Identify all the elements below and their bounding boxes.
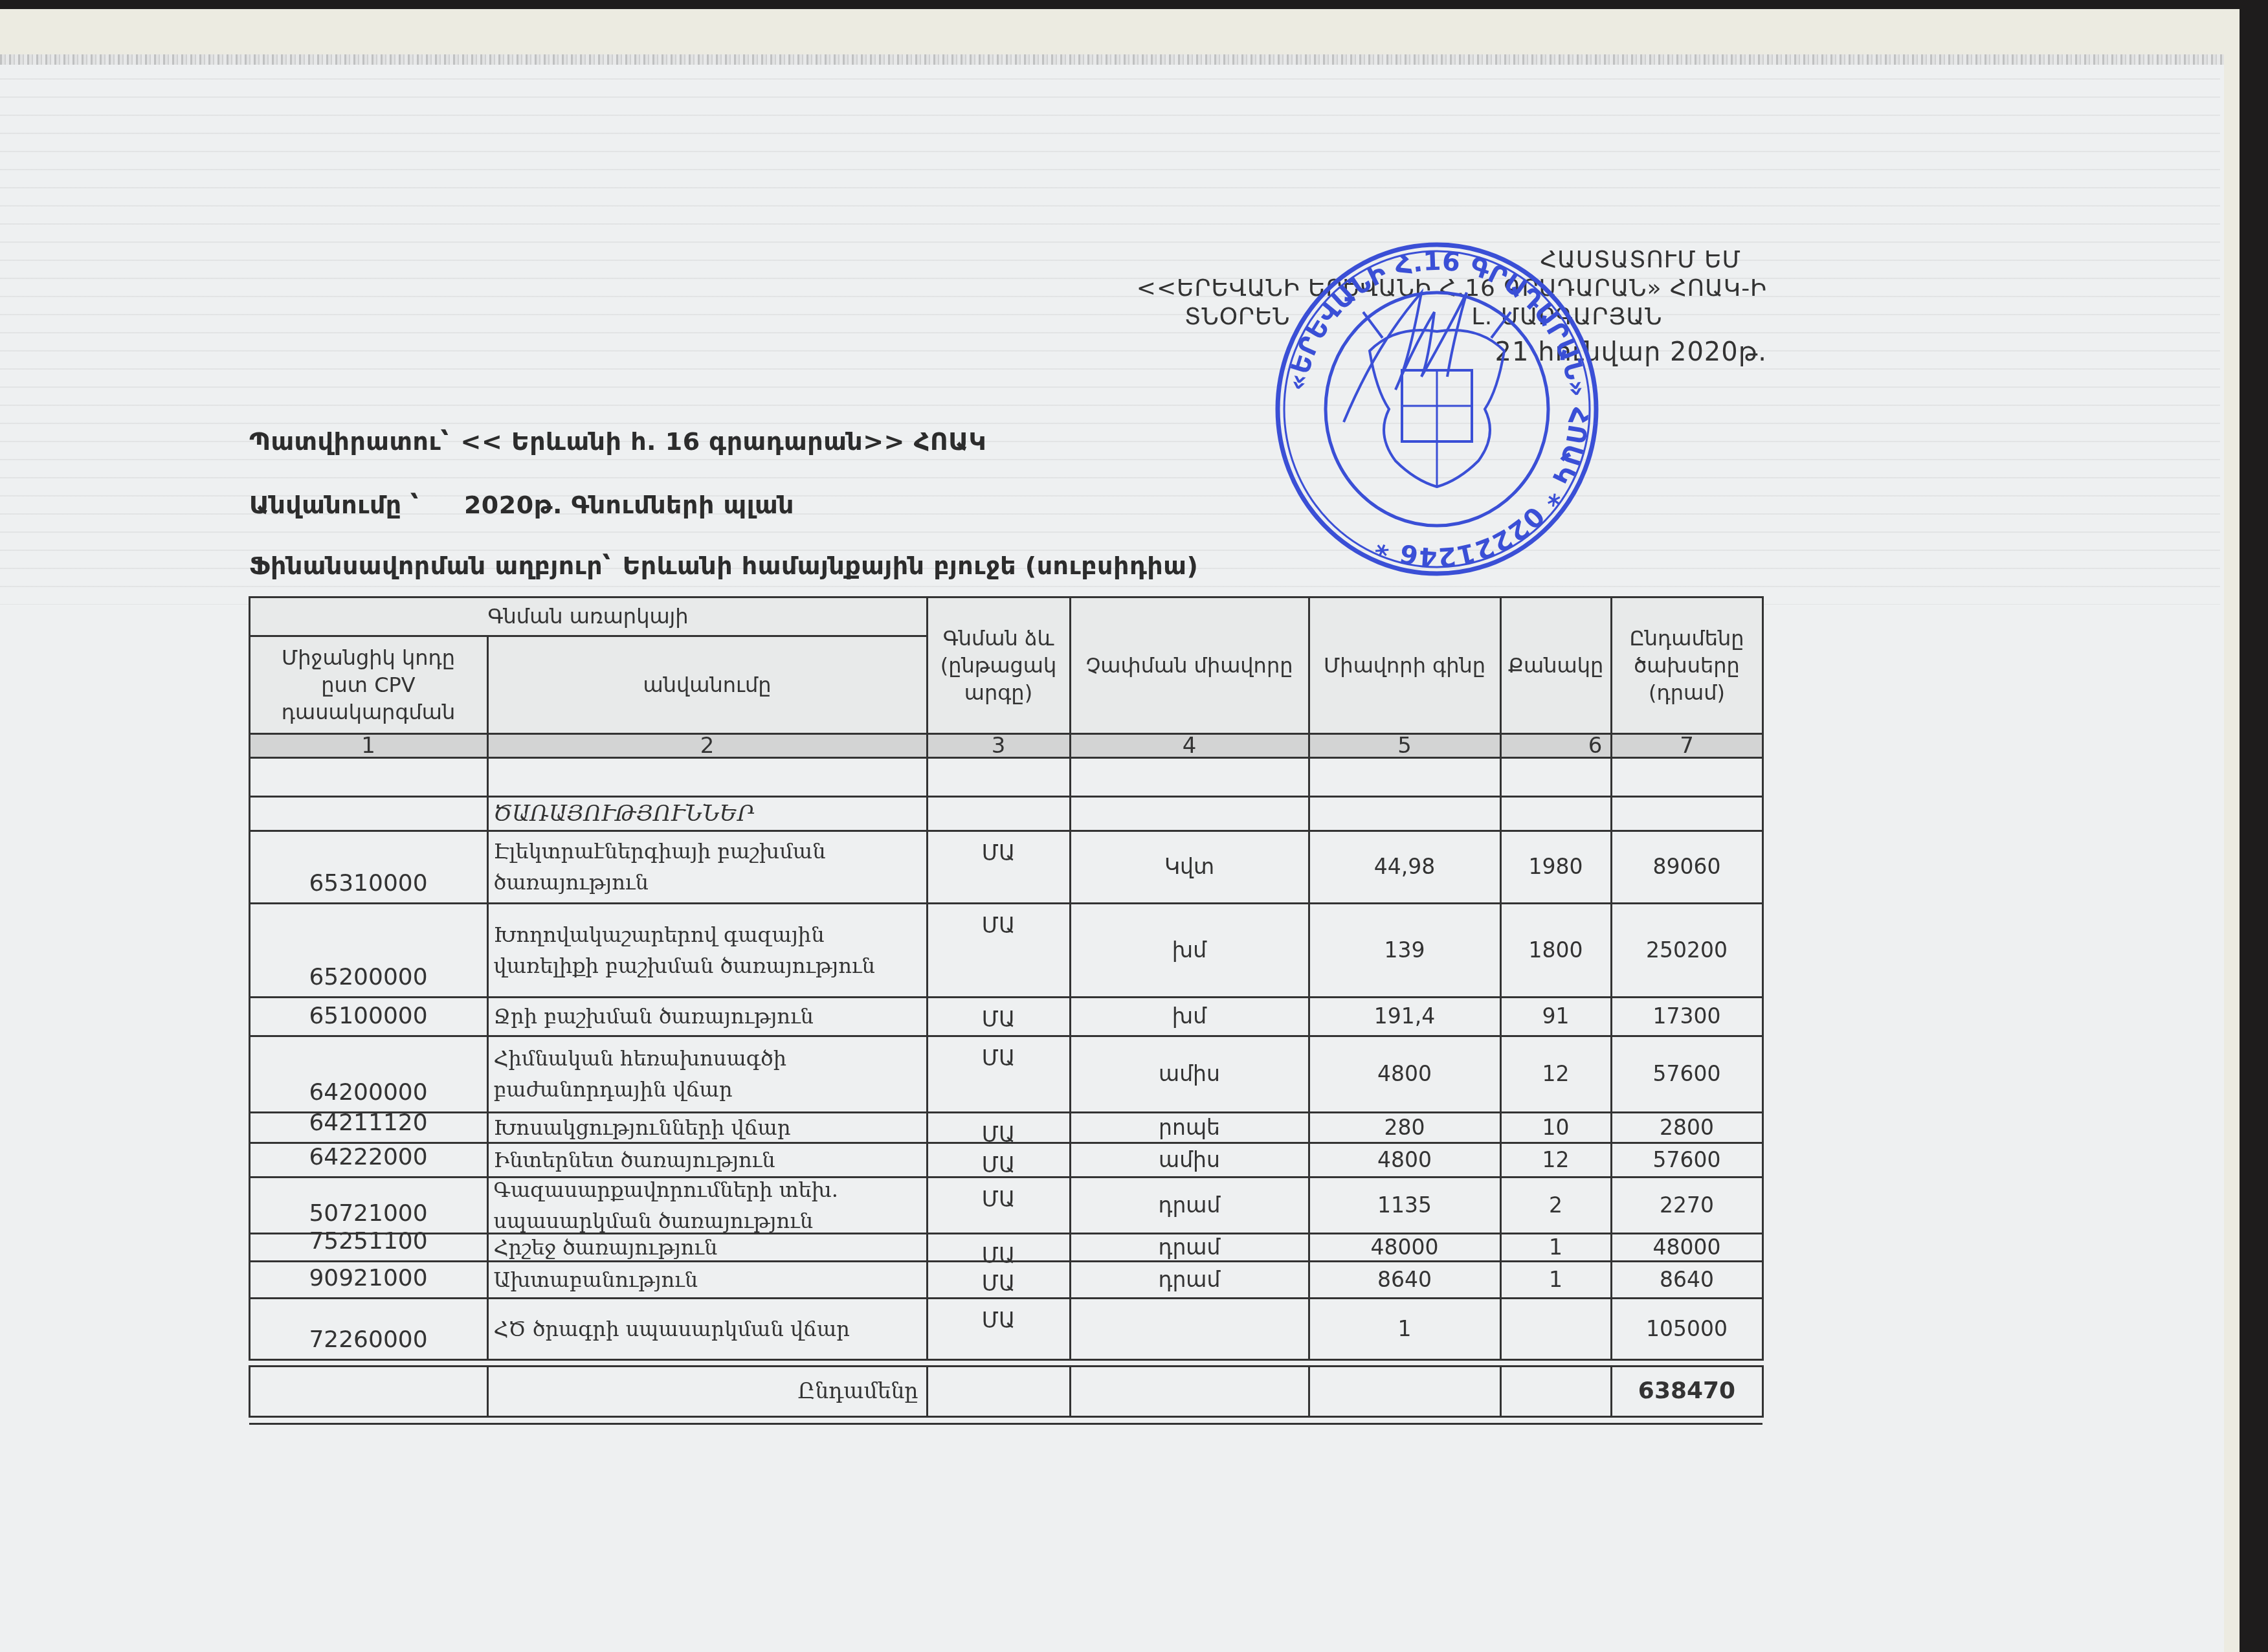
item-name-cell: Ախտաբանություն <box>487 1260 928 1299</box>
quantity-cell: 1 <box>1500 1260 1612 1299</box>
empty-cell <box>1500 796 1612 832</box>
empty-cell <box>926 796 1071 832</box>
item-name-cell: Հրշեջ ծառայություն <box>487 1233 928 1262</box>
column-number: 7 <box>1610 733 1764 759</box>
unit-cell: Կվտ <box>1069 830 1310 904</box>
header-unit-price: Միավորի գինը <box>1308 596 1502 735</box>
unit-price-cell: 1135 <box>1308 1176 1502 1234</box>
cpv-code-cell: 72260000 <box>249 1297 489 1361</box>
quantity-cell: 1980 <box>1500 830 1612 904</box>
procurement-method-cell: ՄԱ <box>926 1111 1071 1144</box>
funding-value: Երևանի համայնքային բյուջե (սուբսիդիա) <box>623 552 1199 580</box>
unit-price-cell: 4800 <box>1308 1142 1502 1178</box>
total-cost-cell: 89060 <box>1610 830 1764 904</box>
empty-cell <box>1610 796 1764 832</box>
total-cost-cell: 17300 <box>1610 996 1764 1037</box>
empty-cell <box>249 796 489 832</box>
empty-cell <box>1069 1365 1310 1418</box>
scan-margin-right <box>2224 9 2240 1652</box>
column-number: 1 <box>249 733 489 759</box>
empty-cell <box>249 757 489 798</box>
customer-value: << Երևանի հ. 16 գրադարան>> ՀՈԱԿ <box>461 427 987 456</box>
scan-margin <box>0 9 2240 54</box>
cpv-code-cell: 64222000 <box>249 1142 489 1178</box>
cpv-code-cell: 65200000 <box>249 902 489 998</box>
total-cost-cell: 8640 <box>1610 1260 1764 1299</box>
unit-price-cell: 8640 <box>1308 1260 1502 1299</box>
empty-cell <box>926 757 1071 798</box>
item-name-cell: Գազասարքավորումների տեխ. սպասարկման ծառա… <box>487 1176 928 1234</box>
procurement-method-cell: ՄԱ <box>926 1035 1071 1113</box>
total-cost-cell: 2800 <box>1610 1111 1764 1144</box>
unit-cell <box>1069 1297 1310 1361</box>
cpv-code-cell: 64211120 <box>249 1111 489 1144</box>
scan-noise <box>0 54 2240 65</box>
unit-cell: խմ <box>1069 902 1310 998</box>
cpv-code-cell: 90921000 <box>249 1260 489 1299</box>
item-name-cell: ՀԾ ծրագրի սպասարկման վճար <box>487 1297 928 1361</box>
quantity-cell: 10 <box>1500 1111 1612 1144</box>
empty-cell <box>1308 757 1502 798</box>
cpv-code-cell: 64200000 <box>249 1035 489 1113</box>
empty-cell <box>1500 757 1612 798</box>
header-unit: Չափման միավորը <box>1069 596 1310 735</box>
unit-cell: խմ <box>1069 996 1310 1037</box>
cpv-code-cell: 75251100 <box>249 1233 489 1262</box>
header-group-procurement-subject: Գնման առարկայի <box>249 596 928 637</box>
empty-cell <box>249 1365 489 1418</box>
unit-price-cell: 280 <box>1308 1111 1502 1144</box>
column-number: 6 <box>1500 733 1612 759</box>
total-cost-cell: 105000 <box>1610 1297 1764 1361</box>
empty-cell <box>487 757 928 798</box>
customer-label: Պատվիրատու՝ <box>249 427 449 456</box>
header-cpv-code: Միջանցիկ կոդը ըստ CPV դասակարգման <box>249 635 489 735</box>
item-name-cell: Հիմնական հեռախոսագծի բաժանորդային վճար <box>487 1035 928 1113</box>
unit-price-cell: 48000 <box>1308 1233 1502 1262</box>
total-label: Ընդամենը <box>487 1365 928 1418</box>
procurement-method-cell: ՄԱ <box>926 1297 1071 1361</box>
procurement-method-cell: ՄԱ <box>926 1176 1071 1234</box>
header-total-cost: Ընդամենը ծախսերը (դրամ) <box>1610 596 1764 735</box>
empty-cell <box>926 1365 1071 1418</box>
unit-price-cell: 1 <box>1308 1297 1502 1361</box>
customer-line: Պատվիրատու՝<< Երևանի հ. 16 գրադարան>> ՀՈ… <box>249 427 986 456</box>
unit-price-cell: 139 <box>1308 902 1502 998</box>
quantity-cell <box>1500 1297 1612 1361</box>
unit-cell: ամիս <box>1069 1035 1310 1113</box>
total-cost-cell: 57600 <box>1610 1142 1764 1178</box>
table-bottom-rule <box>249 1423 1762 1425</box>
unit-cell: ամիս <box>1069 1142 1310 1178</box>
item-name-cell: Ջրի բաշխման ծառայություն <box>487 996 928 1037</box>
quantity-cell: 12 <box>1500 1142 1612 1178</box>
procurement-method-cell: ՄԱ <box>926 1260 1071 1299</box>
empty-cell <box>1069 796 1310 832</box>
empty-cell <box>1500 1365 1612 1418</box>
empty-cell <box>1308 796 1502 832</box>
section-title: ԾԱՌԱՅՈՒԹՅՈՒՆՆԵՐ <box>487 796 928 832</box>
title-label: Անվանումը ՝ <box>249 491 419 519</box>
empty-cell <box>1308 1365 1502 1418</box>
header-procurement-method: Գնման ձև (ընթացակ արգը) <box>926 596 1071 735</box>
header-name: անվանումը <box>487 635 928 735</box>
cpv-code-cell: 65310000 <box>249 830 489 904</box>
procurement-method-cell: ՄԱ <box>926 830 1071 904</box>
column-number: 4 <box>1069 733 1310 759</box>
unit-price-cell: 4800 <box>1308 1035 1502 1113</box>
cpv-code-cell: 65100000 <box>249 996 489 1037</box>
total-cost-cell: 250200 <box>1610 902 1764 998</box>
unit-cell: դրամ <box>1069 1176 1310 1234</box>
unit-price-cell: 191,4 <box>1308 996 1502 1037</box>
cpv-code-cell: 50721000 <box>249 1176 489 1234</box>
column-number: 3 <box>926 733 1071 759</box>
unit-price-cell: 44,98 <box>1308 830 1502 904</box>
total-cost-cell: 2270 <box>1610 1176 1764 1234</box>
procurement-method-cell: ՄԱ <box>926 996 1071 1037</box>
funding-line: Ֆինանսավորման աղբյուր՝Երևանի համայնքային… <box>249 552 1198 580</box>
quantity-cell: 2 <box>1500 1176 1612 1234</box>
title-line: Անվանումը ՝2020թ. Գնումների պլան <box>249 491 794 519</box>
unit-cell: րոպե <box>1069 1111 1310 1144</box>
item-name-cell: Խոսակցությունների վճար <box>487 1111 928 1144</box>
total-cost-cell: 57600 <box>1610 1035 1764 1113</box>
empty-cell <box>1610 757 1764 798</box>
header-quantity: Քանակը <box>1500 596 1612 735</box>
procurement-method-cell: ՄԱ <box>926 1233 1071 1262</box>
title-value: 2020թ. Գնումների պլան <box>464 491 794 519</box>
quantity-cell: 1800 <box>1500 902 1612 998</box>
quantity-cell: 91 <box>1500 996 1612 1037</box>
procurement-method-cell: ՄԱ <box>926 902 1071 998</box>
item-name-cell: Խողովակաշարերով գազային վառելիքի բաշխման… <box>487 902 928 998</box>
grand-total-cell: 638470 <box>1610 1365 1764 1418</box>
official-stamp-icon: «ԵՐԵՎԱՆԻ Հ.16 ԳՐԱԴԱՐԱՆ» ՀՈԱԿ * 02221246 … <box>1273 241 1601 577</box>
unit-cell: դրամ <box>1069 1260 1310 1299</box>
column-number: 5 <box>1308 733 1502 759</box>
quantity-cell: 1 <box>1500 1233 1612 1262</box>
unit-cell: դրամ <box>1069 1233 1310 1262</box>
quantity-cell: 12 <box>1500 1035 1612 1113</box>
procurement-method-cell: ՄԱ <box>926 1142 1071 1178</box>
item-name-cell: Էլեկտրաէներգիայի բաշխման ծառայություն <box>487 830 928 904</box>
empty-cell <box>1069 757 1310 798</box>
column-number: 2 <box>487 733 928 759</box>
item-name-cell: Ինտերնետ ծառայություն <box>487 1142 928 1178</box>
total-cost-cell: 48000 <box>1610 1233 1764 1262</box>
funding-label: Ֆինանսավորման աղբյուր՝ <box>249 552 611 580</box>
